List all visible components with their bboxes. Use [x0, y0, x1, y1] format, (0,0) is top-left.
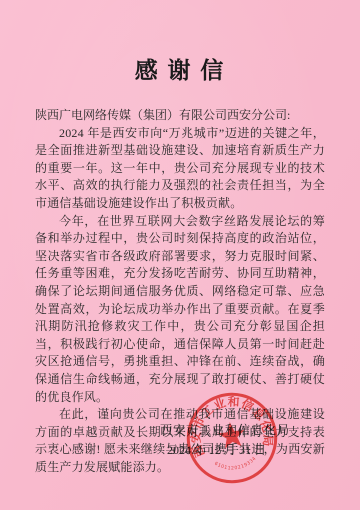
letter-paragraph: 2024 年是西安市向“万兆城市”迈进的关键之年，是全面推进新型基础设施建设、加…: [35, 125, 325, 213]
letter-salutation: 陕西广电网络传媒（集团）有限公司西安分公司:: [35, 107, 325, 125]
letter-title: 感 谢 信: [0, 52, 360, 85]
thank-you-letter-page: 感 谢 信 陕西广电网络传媒（集团）有限公司西安分公司: 2024 年是西安市向…: [0, 0, 360, 510]
signature-block: 西安市工业和信息化局 2024 年 12 月 31 日: [0, 421, 360, 459]
letter-paragraph: 今年，在世界互联网大会数字丝路发展论坛的筹备和举办过程中，贵公司时刻保持高度的政…: [35, 213, 325, 407]
signature-org-name: 西安市工业和信息化局: [0, 421, 360, 439]
signature-date: 2024 年 12 月 31 日: [0, 441, 360, 459]
